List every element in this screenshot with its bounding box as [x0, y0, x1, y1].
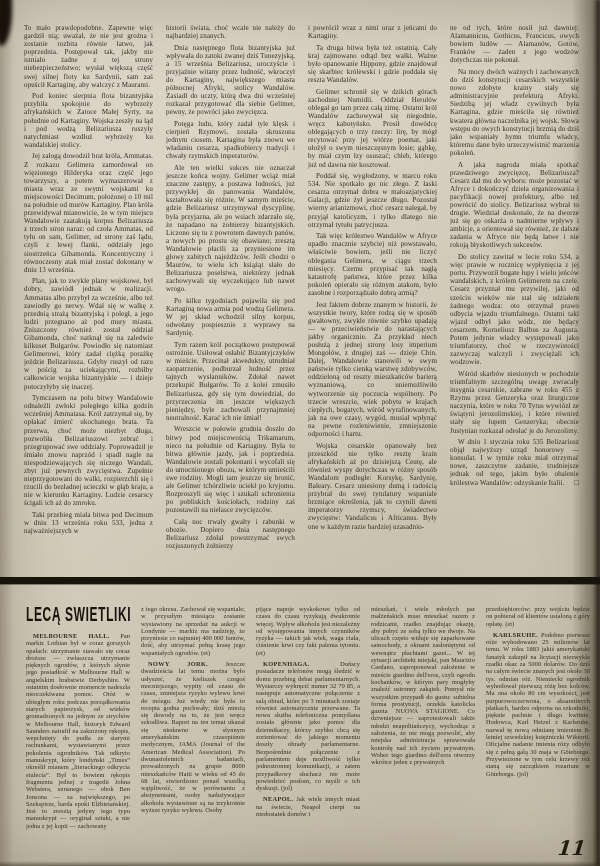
brief-item: mieszkań, i wiele młodych par małżeńskic…: [371, 606, 475, 767]
article-column-3: i powrócił wraz z nimi oraz z jeńcami do…: [308, 24, 437, 572]
article-paragraph: Dnia następnego flota bizantyjska już wp…: [166, 44, 295, 117]
article-paragraph-text: W dniu 1 stycznia roku 535 Belizariusz o…: [450, 438, 579, 486]
briefs-column-3: pijące napoje wyskokowe tylko od czasu d…: [256, 606, 360, 856]
article-paragraph: Tak więc królestwo Wandalów w Afryce upa…: [308, 232, 437, 297]
briefs-column-2: z tego okresu. Zachował się wspaniale; w…: [141, 606, 245, 856]
article-paragraph: Jej załogą dowodził brat króla, Ammatas.…: [24, 152, 153, 273]
article-paragraph: Potęga ludu, który zadał tyle klęsk i ci…: [166, 120, 295, 160]
brief-text: Podobno pierwsze róże wyhodowano 25 mili…: [486, 632, 590, 778]
brief-text: mieszkań, i wiele młodych par małżeńskic…: [371, 606, 475, 766]
article-column-4: ne od tych, które nosił już dawniej: Ala…: [450, 24, 579, 572]
brief-dateline: NOWY JORK.: [148, 661, 208, 668]
article-paragraph: W dniu 1 stycznia roku 535 Belizariusz o…: [450, 438, 579, 487]
article-paragraph: ne od tych, które nosił już dawniej: Ala…: [450, 24, 579, 64]
brief-item: NOWY JORK. Jeszcze dwadzieścia lat temu …: [141, 661, 245, 814]
article-column-2: historii świata, choć wcale nie należy d…: [166, 24, 295, 572]
article-paragraph: Do stolicy zawitał w lecie roku 534, a w…: [450, 253, 579, 366]
article-paragraph: Całą noc trwały gwałty i rabunki w obozi…: [166, 518, 295, 550]
article-paragraph: Wojska cesarskie opanowały bez przeszkód…: [308, 442, 437, 531]
brief-item: NEAPOL. Jak wiele innych miast na świeci…: [256, 796, 360, 818]
brief-text: z tego okresu. Zachował się wspaniale; w…: [141, 606, 245, 657]
article-paragraph: historii świata, choć wcale nie należy d…: [166, 24, 295, 40]
article-paragraph: Taki przebieg miała bitwa pod Decimum w …: [24, 511, 153, 535]
article-paragraph: Wreszcie w połowie grudnia doszło do bit…: [166, 425, 295, 514]
scanned-magazine-page: To mało prawdopodobne. Zapewne więc gard…: [0, 0, 600, 866]
article-paragraph: Poddał się, wygłodzony, w marcu roku 534…: [308, 172, 437, 229]
brief-dateline: KARLSRUHE.: [493, 632, 538, 639]
history-article: To mało prawdopodobne. Zapewne więc gard…: [24, 24, 580, 572]
brief-text: Duńscy posiadacze telefonów mogą śledzić…: [256, 661, 360, 792]
briefs-column-4: mieszkań, i wiele młodych par małżeńskic…: [371, 606, 475, 856]
news-briefs-section: LECĄ ŚWIETLIKI MELBOURNE HALL. Pan marki…: [26, 606, 592, 856]
end-of-article-marker: □: [566, 479, 579, 487]
brief-text: pijące napoje wyskokowe tylko od czasu d…: [256, 606, 360, 657]
article-paragraph: Na mocy dwóch ważnych i zachowanych do d…: [450, 68, 579, 157]
article-column-1: To mało prawdopodobne. Zapewne więc gard…: [24, 24, 153, 572]
section-divider-rule: [0, 577, 600, 584]
article-paragraph: i powrócił wraz z nimi oraz z jeńcami do…: [308, 24, 437, 40]
scan-corner-artifact: [0, 0, 12, 46]
brief-item: pijące napoje wyskokowe tylko od czasu d…: [256, 606, 360, 657]
article-paragraph: Po kilku tygodniach pojawiła się pod Kar…: [166, 297, 295, 337]
briefs-column-1: LECĄ ŚWIETLIKI MELBOURNE HALL. Pan marki…: [26, 606, 130, 856]
brief-dateline: KOPENHAGA.: [263, 661, 310, 668]
briefs-section-title: LECĄ ŚWIETLIKI: [26, 606, 92, 627]
article-paragraph: Plan, jak to zwykle plany wojskowe, był …: [24, 277, 153, 390]
brief-item: KARLSRUHE. Podobno pierwsze róże wyhodow…: [486, 632, 590, 778]
article-paragraph: To mało prawdopodobne. Zapewne więc gard…: [24, 24, 153, 89]
article-paragraph: Ta druga bitwa była też ostatnią. Cały k…: [308, 44, 437, 84]
brief-item: MELBOURNE HALL. Pan markiz Lothian był w…: [26, 633, 130, 830]
brief-item: przedsiębiorców; przy wejściu będzie on …: [486, 606, 590, 628]
article-paragraph: Pod koniec sierpnia flota bizantyjska pr…: [24, 92, 153, 149]
article-paragraph: Jest faktem dobrze znanym w historii, że…: [308, 301, 437, 439]
article-paragraph: Tymczasem na polu bitwy Wandalowie odnal…: [24, 394, 153, 507]
brief-text: Pan markiz Lothian był w coraz gorszych …: [26, 633, 130, 830]
article-paragraph: Gelimer schronił się w dzikich górach za…: [308, 88, 437, 169]
brief-dateline: MELBOURNE HALL.: [33, 633, 110, 640]
brief-dateline: NEAPOL.: [263, 796, 293, 803]
brief-text: Jeszcze dwadzieścia lat temu można było …: [141, 661, 245, 814]
scan-bottom-shadow: [0, 861, 600, 866]
brief-item: KOPENHAGA. Duńscy posiadacze telefonów m…: [256, 661, 360, 792]
briefs-column-5: przedsiębiorców; przy wejściu będzie on …: [486, 606, 590, 856]
article-paragraph: Tym razem król początkowo postępował ost…: [166, 341, 295, 422]
brief-text: przedsiębiorców; przy wejściu będzie on …: [486, 606, 590, 628]
article-paragraph: Ale ten wielki sukces nie oznaczał jeszc…: [166, 164, 295, 294]
scan-edge-shadow: [593, 0, 600, 866]
brief-item: z tego okresu. Zachował się wspaniale; w…: [141, 606, 245, 657]
article-paragraph: Wśród skarbów niesionych w pochodzie tri…: [450, 370, 579, 435]
article-paragraph: A jaka nagroda miała spotkać prawdziwego…: [450, 161, 579, 250]
page-number: 11: [557, 836, 587, 860]
